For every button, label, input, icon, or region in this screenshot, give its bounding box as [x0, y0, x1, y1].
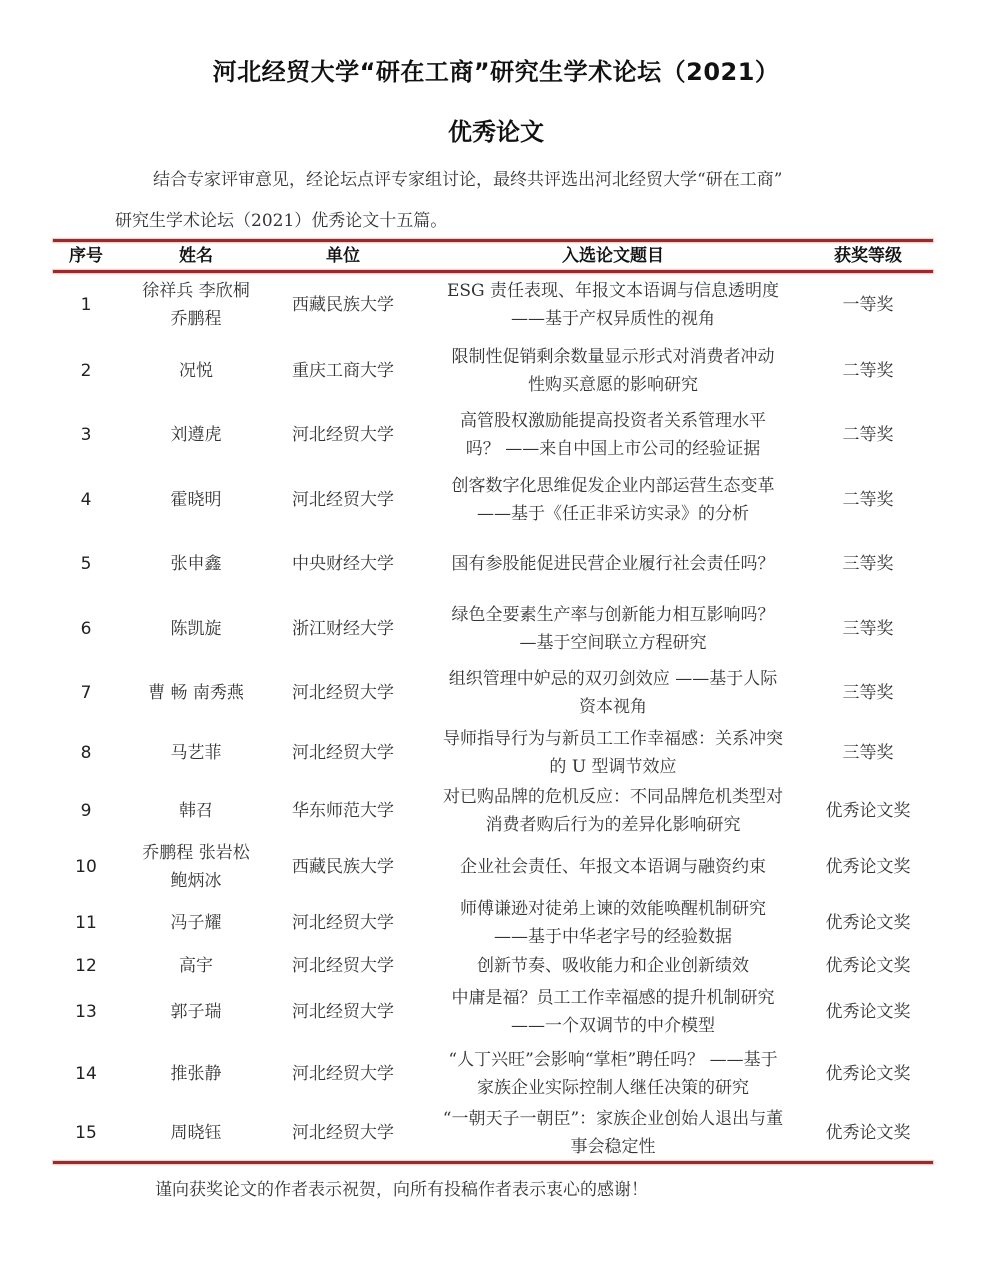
row-number-cell: 10 — [66, 839, 106, 895]
row-number: 12 — [75, 952, 97, 980]
author-institution: 华东师范大学 — [292, 797, 394, 825]
author-names: 徐祥兵 李欣桐 乔鹏程 — [142, 277, 249, 333]
award-level-cell: 三等奖 — [808, 533, 928, 595]
author-names-cell: 韩召 — [126, 783, 266, 839]
author-names-cell: 徐祥兵 李欣桐 乔鹏程 — [126, 274, 266, 336]
author-names-cell: 乔鹏程 张岩松 鲍炳冰 — [126, 839, 266, 895]
author-institution: 河北经贸大学 — [292, 1060, 394, 1088]
row-number: 5 — [81, 550, 92, 578]
award-level: 优秀论文奖 — [826, 797, 911, 825]
table-row: 3刘遵虎河北经贸大学高管股权激励能提高投资者关系管理水平 吗？ ——来自中国上市… — [53, 404, 933, 466]
table-header-rule — [53, 270, 933, 273]
author-institution-cell: 河北经贸大学 — [273, 724, 413, 782]
header-unit: 单位 — [273, 243, 413, 269]
paper-title-cell: 组织管理中妒忌的双刃剑效应 ——基于人际 资本视角 — [423, 662, 803, 724]
author-names: 霍晓明 — [171, 486, 222, 514]
header-title: 入选论文题目 — [423, 243, 803, 269]
author-names-cell: 况悦 — [126, 340, 266, 402]
row-number-cell: 2 — [66, 340, 106, 402]
author-names: 曹 畅 南秀燕 — [148, 679, 244, 707]
table-row: 13郭子瑞河北经贸大学中庸是福？员工工作幸福感的提升机制研究 ——一个双调节的中… — [53, 987, 933, 1037]
paper-title: 师傅谦逊对徒弟上谏的效能唤醒机制研究 ——基于中华老字号的经验数据 — [460, 895, 766, 951]
award-level-cell: 三等奖 — [808, 662, 928, 724]
award-level-cell: 优秀论文奖 — [808, 1105, 928, 1161]
author-names: 郭子瑞 — [171, 998, 222, 1026]
row-number: 8 — [81, 739, 92, 767]
row-number: 2 — [81, 357, 92, 385]
author-institution-cell: 华东师范大学 — [273, 783, 413, 839]
award-level-cell: 二等奖 — [808, 340, 928, 402]
author-names-cell: 冯子耀 — [126, 898, 266, 948]
author-names: 况悦 — [179, 357, 213, 385]
row-number: 1 — [81, 291, 92, 319]
author-names-cell: 曹 畅 南秀燕 — [126, 662, 266, 724]
author-institution-cell: 河北经贸大学 — [273, 469, 413, 531]
author-names: 高宇 — [179, 952, 213, 980]
table-row: 4霍晓明河北经贸大学创客数字化思维促发企业内部运营生态变革 ——基于《任正非采访… — [53, 469, 933, 531]
table-bottom-rule — [53, 1161, 933, 1164]
award-level: 三等奖 — [843, 550, 894, 578]
row-number: 3 — [81, 421, 92, 449]
award-level-cell: 优秀论文奖 — [808, 898, 928, 948]
author-institution: 河北经贸大学 — [292, 421, 394, 449]
author-institution-cell: 河北经贸大学 — [273, 987, 413, 1037]
table-top-rule — [53, 239, 933, 242]
author-institution-cell: 西藏民族大学 — [273, 839, 413, 895]
author-institution: 西藏民族大学 — [292, 291, 394, 319]
closing-remark: 谨向获奖论文的作者表示祝贺，向所有投稿作者表示衷心的感谢！ — [155, 1175, 648, 1200]
award-level: 三等奖 — [843, 615, 894, 643]
row-number: 10 — [75, 853, 97, 881]
author-names-cell: 推张静 — [126, 1045, 266, 1103]
table-row: 2况悦重庆工商大学限制性促销剩余数量显示形式对消费者冲动 性购买意愿的影响研究二… — [53, 340, 933, 402]
award-level-cell: 优秀论文奖 — [808, 1045, 928, 1103]
row-number-cell: 5 — [66, 533, 106, 595]
row-number-cell: 12 — [66, 948, 106, 984]
author-institution: 西藏民族大学 — [292, 853, 394, 881]
award-level-cell: 三等奖 — [808, 724, 928, 782]
author-institution-cell: 中央财经大学 — [273, 533, 413, 595]
row-number: 13 — [75, 998, 97, 1026]
author-institution: 重庆工商大学 — [292, 357, 394, 385]
row-number-cell: 11 — [66, 898, 106, 948]
author-names: 推张静 — [171, 1060, 222, 1088]
row-number-cell: 7 — [66, 662, 106, 724]
row-number: 14 — [75, 1060, 97, 1088]
award-level: 优秀论文奖 — [826, 1119, 911, 1147]
table-row: 1徐祥兵 李欣桐 乔鹏程西藏民族大学ESG 责任表现、年报文本语调与信息透明度 … — [53, 274, 933, 336]
paper-title: 创新节奏、吸收能力和企业创新绩效 — [477, 952, 749, 980]
author-names: 刘遵虎 — [171, 421, 222, 449]
paper-title-cell: “一朝天子一朝臣”：家族企业创始人退出与董 事会稳定性 — [423, 1105, 803, 1161]
award-level-cell: 一等奖 — [808, 274, 928, 336]
paper-title-cell: 创新节奏、吸收能力和企业创新绩效 — [423, 948, 803, 984]
award-level: 优秀论文奖 — [826, 952, 911, 980]
table-row: 8马艺菲河北经贸大学导师指导行为与新员工工作幸福感：关系冲突 的 U 型调节效应… — [53, 724, 933, 782]
document-title: 河北经贸大学“研在工商”研究生学术论坛（2021） — [0, 52, 992, 87]
author-names-cell: 陈凯旋 — [126, 598, 266, 660]
paper-title: 国有参股能促进民营企业履行社会责任吗？ — [452, 550, 775, 578]
row-number-cell: 13 — [66, 987, 106, 1037]
header-award: 获奖等级 — [808, 243, 928, 269]
author-institution: 河北经贸大学 — [292, 952, 394, 980]
author-institution-cell: 河北经贸大学 — [273, 1045, 413, 1103]
author-institution: 中央财经大学 — [292, 550, 394, 578]
author-names: 冯子耀 — [171, 909, 222, 937]
author-institution: 河北经贸大学 — [292, 998, 394, 1026]
award-level: 三等奖 — [843, 679, 894, 707]
table-row: 7曹 畅 南秀燕河北经贸大学组织管理中妒忌的双刃剑效应 ——基于人际 资本视角三… — [53, 662, 933, 724]
table-row: 10乔鹏程 张岩松 鲍炳冰西藏民族大学企业社会责任、年报文本语调与融资约束优秀论… — [53, 839, 933, 895]
author-institution-cell: 河北经贸大学 — [273, 404, 413, 466]
row-number-cell: 4 — [66, 469, 106, 531]
author-institution: 浙江财经大学 — [292, 615, 394, 643]
header-name: 姓名 — [126, 243, 266, 269]
author-names-cell: 霍晓明 — [126, 469, 266, 531]
author-names: 张申鑫 — [171, 550, 222, 578]
author-names: 周晓钰 — [171, 1119, 222, 1147]
author-names: 陈凯旋 — [171, 615, 222, 643]
paper-title: “人丁兴旺”会影响“掌柜”聘任吗？ ——基于 家族企业实际控制人继任决策的研究 — [448, 1046, 777, 1102]
row-number-cell: 15 — [66, 1105, 106, 1161]
row-number: 6 — [81, 615, 92, 643]
paper-title-cell: 绿色全要素生产率与创新能力相互影响吗？ —基于空间联立方程研究 — [423, 598, 803, 660]
table-row: 11冯子耀河北经贸大学师傅谦逊对徒弟上谏的效能唤醒机制研究 ——基于中华老字号的… — [53, 898, 933, 948]
table-row: 9韩召华东师范大学对已购品牌的危机反应：不同品牌危机类型对 消费者购后行为的差异… — [53, 783, 933, 839]
paper-title: 中庸是福？员工工作幸福感的提升机制研究 ——一个双调节的中介模型 — [452, 984, 775, 1040]
paper-title-cell: 限制性促销剩余数量显示形式对消费者冲动 性购买意愿的影响研究 — [423, 340, 803, 402]
award-level-cell: 优秀论文奖 — [808, 948, 928, 984]
document-subtitle: 优秀论文 — [0, 112, 992, 147]
paper-title-cell: “人丁兴旺”会影响“掌柜”聘任吗？ ——基于 家族企业实际控制人继任决策的研究 — [423, 1045, 803, 1103]
award-level-cell: 优秀论文奖 — [808, 987, 928, 1037]
author-institution: 河北经贸大学 — [292, 486, 394, 514]
author-names-cell: 张申鑫 — [126, 533, 266, 595]
row-number-cell: 1 — [66, 274, 106, 336]
paper-title: 高管股权激励能提高投资者关系管理水平 吗？ ——来自中国上市公司的经验证据 — [460, 407, 766, 463]
row-number: 15 — [75, 1119, 97, 1147]
row-number-cell: 3 — [66, 404, 106, 466]
paper-title-cell: 师傅谦逊对徒弟上谏的效能唤醒机制研究 ——基于中华老字号的经验数据 — [423, 898, 803, 948]
row-number-cell: 9 — [66, 783, 106, 839]
paper-title: 组织管理中妒忌的双刃剑效应 ——基于人际 资本视角 — [449, 665, 777, 721]
award-level: 优秀论文奖 — [826, 1060, 911, 1088]
award-level: 二等奖 — [843, 421, 894, 449]
intro-paragraph-line-2: 研究生学术论坛（2021）优秀论文十五篇。 — [115, 206, 447, 231]
table-row: 12高宇河北经贸大学创新节奏、吸收能力和企业创新绩效优秀论文奖 — [53, 948, 933, 984]
table-row: 15周晓钰河北经贸大学“一朝天子一朝臣”：家族企业创始人退出与董 事会稳定性优秀… — [53, 1105, 933, 1161]
row-number-cell: 8 — [66, 724, 106, 782]
paper-title-cell: 国有参股能促进民营企业履行社会责任吗？ — [423, 533, 803, 595]
award-level: 三等奖 — [843, 739, 894, 767]
row-number: 9 — [81, 797, 92, 825]
author-institution-cell: 河北经贸大学 — [273, 662, 413, 724]
row-number: 7 — [81, 679, 92, 707]
author-institution-cell: 河北经贸大学 — [273, 1105, 413, 1161]
paper-title-cell: 创客数字化思维促发企业内部运营生态变革 ——基于《任正非采访实录》的分析 — [423, 469, 803, 531]
award-level: 一等奖 — [843, 291, 894, 319]
paper-title-cell: 对已购品牌的危机反应：不同品牌危机类型对 消费者购后行为的差异化影响研究 — [423, 783, 803, 839]
paper-title: 企业社会责任、年报文本语调与融资约束 — [460, 853, 766, 881]
award-level-cell: 三等奖 — [808, 598, 928, 660]
award-level-cell: 优秀论文奖 — [808, 839, 928, 895]
author-names-cell: 郭子瑞 — [126, 987, 266, 1037]
author-institution: 河北经贸大学 — [292, 1119, 394, 1147]
paper-title: ESG 责任表现、年报文本语调与信息透明度 ——基于产权异质性的视角 — [447, 277, 779, 333]
intro-paragraph-line-1: 结合专家评审意见，经论坛点评专家组讨论，最终共评选出河北经贸大学“研在工商” — [153, 165, 782, 190]
award-level-cell: 优秀论文奖 — [808, 783, 928, 839]
author-names-cell: 周晓钰 — [126, 1105, 266, 1161]
paper-title: 绿色全要素生产率与创新能力相互影响吗？ —基于空间联立方程研究 — [452, 601, 775, 657]
row-number-cell: 6 — [66, 598, 106, 660]
author-institution-cell: 河北经贸大学 — [273, 948, 413, 984]
award-level-cell: 二等奖 — [808, 404, 928, 466]
award-level-cell: 二等奖 — [808, 469, 928, 531]
paper-title: “一朝天子一朝臣”：家族企业创始人退出与董 事会稳定性 — [443, 1105, 783, 1161]
header-no: 序号 — [66, 243, 106, 269]
author-institution-cell: 西藏民族大学 — [273, 274, 413, 336]
paper-title-cell: 高管股权激励能提高投资者关系管理水平 吗？ ——来自中国上市公司的经验证据 — [423, 404, 803, 466]
award-level: 优秀论文奖 — [826, 853, 911, 881]
table-row: 14推张静河北经贸大学“人丁兴旺”会影响“掌柜”聘任吗？ ——基于 家族企业实际… — [53, 1045, 933, 1103]
author-names: 乔鹏程 张岩松 鲍炳冰 — [142, 839, 249, 895]
author-names: 马艺菲 — [171, 739, 222, 767]
paper-title: 创客数字化思维促发企业内部运营生态变革 ——基于《任正非采访实录》的分析 — [452, 472, 775, 528]
award-level: 优秀论文奖 — [826, 998, 911, 1026]
paper-title-cell: 中庸是福？员工工作幸福感的提升机制研究 ——一个双调节的中介模型 — [423, 987, 803, 1037]
award-level: 优秀论文奖 — [826, 909, 911, 937]
paper-title: 对已购品牌的危机反应：不同品牌危机类型对 消费者购后行为的差异化影响研究 — [443, 783, 783, 839]
paper-title: 限制性促销剩余数量显示形式对消费者冲动 性购买意愿的影响研究 — [452, 343, 775, 399]
author-institution-cell: 浙江财经大学 — [273, 598, 413, 660]
paper-title: 导师指导行为与新员工工作幸福感：关系冲突 的 U 型调节效应 — [443, 725, 783, 781]
table-row: 6陈凯旋浙江财经大学绿色全要素生产率与创新能力相互影响吗？ —基于空间联立方程研… — [53, 598, 933, 660]
award-level: 二等奖 — [843, 357, 894, 385]
author-institution-cell: 重庆工商大学 — [273, 340, 413, 402]
author-names-cell: 高宇 — [126, 948, 266, 984]
row-number-cell: 14 — [66, 1045, 106, 1103]
row-number: 4 — [81, 486, 92, 514]
table-row: 5张申鑫中央财经大学国有参股能促进民营企业履行社会责任吗？三等奖 — [53, 533, 933, 595]
paper-title-cell: ESG 责任表现、年报文本语调与信息透明度 ——基于产权异质性的视角 — [423, 274, 803, 336]
award-level: 二等奖 — [843, 486, 894, 514]
author-names-cell: 马艺菲 — [126, 724, 266, 782]
author-institution: 河北经贸大学 — [292, 909, 394, 937]
paper-title-cell: 企业社会责任、年报文本语调与融资约束 — [423, 839, 803, 895]
author-names: 韩召 — [179, 797, 213, 825]
author-institution: 河北经贸大学 — [292, 679, 394, 707]
paper-title-cell: 导师指导行为与新员工工作幸福感：关系冲突 的 U 型调节效应 — [423, 724, 803, 782]
author-institution: 河北经贸大学 — [292, 739, 394, 767]
author-institution-cell: 河北经贸大学 — [273, 898, 413, 948]
row-number: 11 — [75, 909, 97, 937]
author-names-cell: 刘遵虎 — [126, 404, 266, 466]
